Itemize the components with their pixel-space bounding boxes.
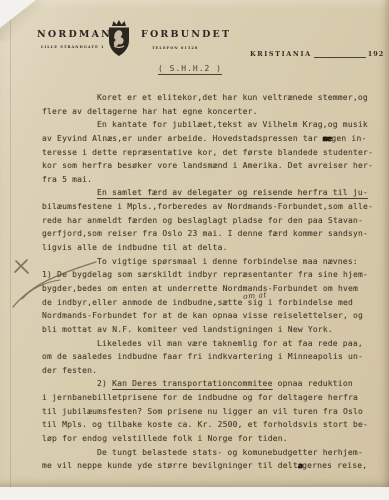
body-line: Likeledes vil man være taknemlig for at … — [42, 337, 378, 351]
body-line: me vil neppe kunde yde større bevilgning… — [42, 459, 378, 473]
dateline: KRISTIANIA 192 — [250, 50, 384, 58]
body-line: til jubilæumsfesten? Som prisene nu ligg… — [42, 405, 378, 419]
typed-text: til Mpls. og tilbake koste ca. Kr. 2500,… — [42, 420, 368, 429]
typed-text: Likeledes vil man være taknemlig for at … — [97, 339, 363, 348]
underlined-text: Kan Deres transportationcommitee — [112, 379, 273, 388]
typed-text: i jernbanebilletprisene for de indbudne … — [42, 393, 358, 402]
body-line: ligvis alle de indbudne til at delta. — [42, 241, 378, 255]
typed-text: En kantate for jubilæet,tekst av Vilhelm… — [97, 120, 368, 129]
typed-text: kor som herfra besøker vore landsmænd i … — [42, 161, 373, 170]
body-line: kor som herfra besøker vore landsmænd i … — [42, 159, 378, 173]
typed-text: 1) De bygdelag som særskildt indbyr repr… — [42, 270, 368, 279]
typed-text: To vigtige spørsmaal i denne forbindelse… — [97, 257, 358, 266]
body-line: til Mpls. og tilbake koste ca. Kr. 2500,… — [42, 418, 378, 432]
place-label: KRISTIANIA — [250, 50, 312, 58]
typed-text: løp for endog velstillede folk i Norge f… — [42, 434, 288, 443]
body-line: gerfjord,som reiser fra Oslo 23 mai. I d… — [42, 227, 378, 241]
typed-text: Nordmands-Forbundet for at de kan opnaa … — [42, 311, 363, 320]
body-line: om de saaledes indbudne faar fri indkvar… — [42, 350, 378, 364]
typed-text: 2) — [97, 379, 112, 388]
body-line: teresse i dette repræsentative kor, det … — [42, 146, 378, 160]
body-line: bygder,bedes om enten at underrette Nord… — [42, 282, 378, 296]
typed-text: ligvis alle de indbudne til at delta. — [42, 243, 228, 252]
letterhead-name-right: FORBUNDET — [141, 29, 231, 40]
typed-text: der festen. — [42, 366, 97, 375]
typed-text: De tungt belastede stats- og komunebudge… — [97, 448, 363, 457]
body-line: To vigtige spørsmaal i denne forbindelse… — [42, 255, 378, 269]
body-line: av Eyvind Alnæs,er under arbeide. Hoveds… — [42, 132, 378, 146]
body-line: bilæumsfestene i Mpls.,forberedes av Nor… — [42, 200, 378, 214]
body-lines: Koret er et elitekor,det har kun veltræn… — [42, 91, 378, 473]
body-line: løp for endog velstillede folk i Norge f… — [42, 432, 378, 446]
body-line: fra 5 mai. — [42, 173, 378, 187]
typed-text: teresse i dette repræsentative kor, det … — [42, 148, 373, 157]
typed-text: fra 5 mai. — [42, 175, 92, 184]
body-line: Koret er et elitekor,det har kun veltræn… — [42, 91, 378, 105]
reference-code: ( S.H.H.2 ) — [158, 64, 222, 73]
typed-text: om de saaledes indbudne faar fri indkvar… — [42, 352, 363, 361]
letterhead-address: LILLE STRANDGATE 1 — [41, 45, 105, 49]
date-rule — [314, 50, 366, 58]
typed-text: bilæumsfestene i Mpls.,forberedes av Nor… — [42, 202, 373, 211]
body-line: De tungt belastede stats- og komunebudge… — [42, 446, 378, 460]
typed-text: av Eyvind Alnæs,er under arbeide. Hoveds… — [42, 134, 323, 143]
body-line: i jernbanebilletprisene for de indbudne … — [42, 391, 378, 405]
typed-text: de indbyr,eller anmode de indbudne,sætte… — [42, 298, 353, 307]
crowned-lion-shield-icon — [104, 19, 134, 59]
letter-paper: NORDMANDS FORBUNDET LILLE STRANDGATE 1 T… — [0, 0, 389, 487]
handwritten-insertion: om at — [243, 290, 268, 301]
body-line: En kantate for jubilæet,tekst av Vilhelm… — [42, 118, 378, 132]
body-line: rede har anmeldt færden og beslaglagt pl… — [42, 214, 378, 228]
underlined-text: En samlet færd av delegater og reisende … — [97, 188, 368, 197]
body-line: de indbyr,eller anmode de indbudne,sætte… — [42, 296, 378, 310]
typed-text: gerfjord,som reiser fra Oslo 23 mai. I d… — [42, 229, 368, 238]
typed-text: gen in- — [331, 134, 366, 143]
typed-text: me vil neppe kunde yde større bevilgning… — [42, 461, 298, 470]
document-photo: NORDMANDS FORBUNDET LILLE STRANDGATE 1 T… — [0, 0, 389, 500]
typed-text: rede har anmeldt færden og beslaglagt pl… — [42, 216, 363, 225]
typed-text: Koret er et elitekor,det har kun veltræn… — [97, 93, 368, 102]
body-line: Nordmands-Forbundet for at de kan opnaa … — [42, 309, 378, 323]
typed-text: til jubilæumsfesten? Som prisene nu ligg… — [42, 407, 363, 416]
body-line: 1) De bygdelag som særskildt indbyr repr… — [42, 268, 378, 282]
typed-text: gernes reise, — [302, 461, 367, 470]
typed-text: bygder,bedes om enten at underrette Nord… — [42, 284, 358, 293]
typed-text: opnaa reduktion — [273, 379, 353, 388]
letterhead-phone: TELEFON 61528 — [152, 46, 198, 50]
body-line: flere av deltagerne har hat egne koncert… — [42, 105, 378, 119]
year-prefix: 192 — [368, 50, 385, 58]
typed-text: bli mottat av N.F. komiteer ved landstig… — [42, 325, 333, 334]
body-line: En samlet færd av delegater og reisende … — [42, 186, 378, 200]
body-line: der festen. — [42, 364, 378, 378]
pencil-x-mark — [16, 261, 28, 273]
typed-text: flere av deltagerne har hat egne koncert… — [42, 107, 258, 116]
pencil-x-mark — [15, 260, 27, 272]
body-line: 2) Kan Deres transportationcommitee opna… — [42, 377, 378, 391]
body-line: bli mottat av N.F. komiteer ved landstig… — [42, 323, 378, 337]
